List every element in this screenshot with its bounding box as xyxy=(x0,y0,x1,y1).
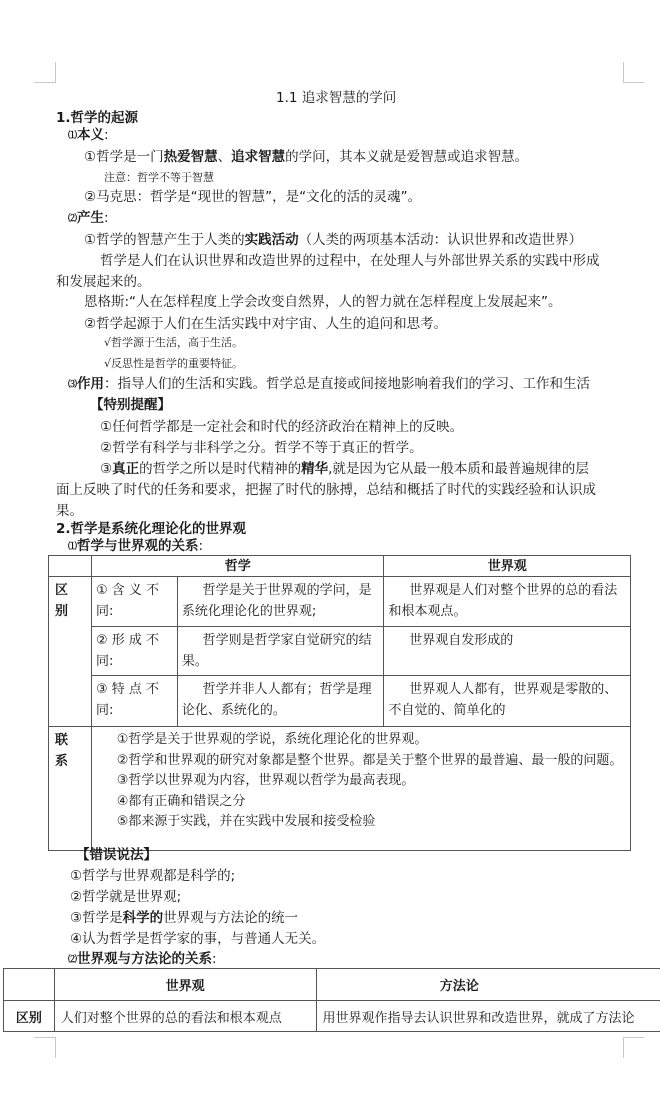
section-heading-origin: 1.哲学的起源 xyxy=(56,106,138,126)
reminder-item-3-line2: 面上反映了时代的任务和要求，把握了时代的脉搏，总结和概括了时代的实践经验和认识成 xyxy=(56,481,596,499)
subheading-label: 本义 xyxy=(77,127,104,143)
note: 注意：哲学不等于智慧 xyxy=(104,170,214,185)
aspect-text: ② 形 成 不 xyxy=(96,630,173,651)
origin-item-1: ①哲学的智慧产生于人类的实践活动（人类的两项基本活动：认识世界和改造世界） xyxy=(84,231,582,249)
check-item-2: √反思性是哲学的重要特征。 xyxy=(104,356,243,371)
table-header-worldview: 世界观 xyxy=(54,969,316,1001)
aspect-text: 同: xyxy=(96,700,173,721)
item-number: ⑵ xyxy=(68,955,77,965)
cell-text: 哲学则是哲学家自觉研究的结果。 xyxy=(178,627,384,675)
text: 的哲学之所以是时代精神的 xyxy=(139,461,301,477)
aspect-text: 同: xyxy=(96,601,173,622)
aspect-text: ③ 特 点 不 xyxy=(96,679,173,700)
row-label-connection: 联系 xyxy=(49,727,92,851)
crop-mark-top-left xyxy=(34,82,56,83)
reminder-item-3: ③真正的哲学之所以是时代精神的精华,就是因为它从最一般本质和最普遍规律的层 xyxy=(100,460,589,478)
meaning-item-2: ②马克思：哲学是“现世的智慧”，是“文化的活的灵魂”。 xyxy=(84,188,421,206)
connection-item: ①哲学是关于世界观的学说，系统化理论化的世界观。 xyxy=(96,730,626,751)
table-header-empty xyxy=(49,556,92,577)
subheading-meaning: ⑴本义: xyxy=(68,126,109,145)
colon: : xyxy=(212,951,217,967)
text: ①哲学的智慧产生于人类的 xyxy=(84,232,245,248)
subheading-relation: ⑴哲学与世界观的关系: xyxy=(68,537,203,556)
bold-term: 真正 xyxy=(112,461,139,477)
cell-text: 世界观是人们对整个世界的总的看法和根本观点。 xyxy=(384,577,630,625)
mistake-item-4: ④认为哲学是哲学家的事，与普通人无关。 xyxy=(70,930,325,948)
text: ：指导人们的生活和实践。哲学总是直接或间接地影响着我们的学习、工作和生活 xyxy=(104,376,590,392)
bold-term: 追求智慧 xyxy=(231,149,285,165)
crop-mark-top-right xyxy=(623,82,644,83)
aspect-text: 同: xyxy=(96,651,173,672)
worldview-cell: 世界观人人都有，世界观是零散的、不自觉的、简单化的 xyxy=(384,676,631,727)
origin-item-2: ②哲学起源于人们在生活实践中对宇宙、人生的追问和思考。 xyxy=(84,315,447,333)
colon: : xyxy=(104,127,109,143)
text: ③哲学是 xyxy=(70,910,123,926)
item-number: ⑵ xyxy=(68,214,77,224)
subheading-function: ⑶作用 xyxy=(68,376,104,392)
text: 世界观与方法论的统一 xyxy=(163,910,298,926)
subheading-label: 世界观与方法论的关系 xyxy=(77,951,212,967)
crop-mark-bottom-left xyxy=(55,1037,56,1058)
row-label-text: 联系 xyxy=(55,730,69,772)
table-header-methodology: 方法论 xyxy=(316,969,660,1001)
mistake-item-1: ①哲学与世界观都是科学的; xyxy=(70,867,235,885)
aspect-text: ① 含 义 不 xyxy=(96,580,173,601)
origin-paragraph-line2: 和发展起来的。 xyxy=(56,273,151,291)
worldview-methodology-table: 世界观 方法论 区别 人们对整个世界的总的看法和根本观点 用世界观作指导去认识世… xyxy=(3,968,660,1032)
subheading-label: 作用 xyxy=(77,376,104,392)
cell-text: 世界观人人都有，世界观是零散的、不自觉的、简单化的 xyxy=(384,676,630,724)
bold-term: 热爱智慧 xyxy=(164,149,218,165)
philosophy-cell: 哲学并非人人都有；哲学是理论化、系统化的。 xyxy=(177,676,384,727)
worldview-cell: 人们对整个世界的总的看法和根本观点 xyxy=(54,1001,316,1032)
subheading-method-relation: ⑵世界观与方法论的关系: xyxy=(68,950,217,969)
table-header-worldview: 世界观 xyxy=(384,556,631,577)
check-item-1: √哲学源于生活，高于生活。 xyxy=(104,335,243,350)
table-header-empty xyxy=(4,969,55,1001)
section-heading-worldview: 2.哲学是系统化理论化的世界观 xyxy=(56,517,246,537)
bold-term: 精华 xyxy=(301,461,328,477)
origin-paragraph-line1: 哲学是人们在认识世界和改造世界的过程中，在处理人与外部世界关系的实践中形成 xyxy=(100,252,600,270)
text: ③ xyxy=(100,461,112,477)
crop-mark-bottom-right xyxy=(623,1037,644,1038)
cell-text: 哲学并非人人都有；哲学是理论化、系统化的。 xyxy=(178,676,384,724)
mistake-item-2: ②哲学就是世界观; xyxy=(70,888,181,906)
engels-quote: 恩格斯:“人在怎样程度上学会改变自然界，人的智力就在怎样程度上发展起来”。 xyxy=(84,293,562,311)
page-title: 1.1 追求智慧的学问 xyxy=(276,86,396,106)
connection-cell: ①哲学是关于世界观的学说，系统化理论化的世界观。 ②哲学和世界观的研究对象都是整… xyxy=(91,727,630,851)
subheading-origin: ⑵产生: xyxy=(68,209,109,228)
item-number: ⑶ xyxy=(68,380,77,390)
function-line: ⑶作用：指导人们的生活和实践。哲学总是直接或间接地影响着我们的学习、工作和生活 xyxy=(68,375,590,394)
worldview-cell: 世界观自发形成的 xyxy=(384,627,631,676)
row-label-difference: 区别 xyxy=(4,1001,55,1032)
cell-text: 世界观自发形成的 xyxy=(384,627,630,654)
text: （人类的两项基本活动：认识世界和改造世界） xyxy=(299,232,583,248)
bold-term: 科学的 xyxy=(123,910,164,926)
bold-term: 实践活动 xyxy=(245,232,299,248)
crop-mark-bottom-left xyxy=(34,1037,56,1038)
meaning-item-1: ①哲学是一门热爱智慧、追求智慧的学问，其本义就是爱智慧或追求智慧。 xyxy=(84,148,528,166)
connection-item: ④都有正确和错误之分 xyxy=(96,792,626,813)
subheading-label: 哲学与世界观的关系 xyxy=(77,538,199,554)
colon: : xyxy=(104,210,109,226)
connection-item: ③哲学以世界观为内容，世界观以哲学为最高表现。 xyxy=(96,771,626,792)
philosophy-worldview-table: 哲学 世界观 区别 ① 含 义 不同: 哲学是关于世界观的学问，是系统化理论化的… xyxy=(48,555,631,851)
reminder-heading: 【特别提醒】 xyxy=(90,396,171,414)
philosophy-cell: 哲学是关于世界观的学问，是系统化理论化的世界观; xyxy=(177,577,384,627)
connection-item: ⑤都来源于实践，并在实践中发展和接受检验 xyxy=(96,812,626,833)
colon: : xyxy=(199,538,204,554)
crop-mark-bottom-right xyxy=(623,1037,624,1058)
aspect-cell: ② 形 成 不同: xyxy=(91,627,177,676)
item-number: ⑴ xyxy=(68,542,77,552)
aspect-cell: ③ 特 点 不同: xyxy=(91,676,177,727)
row-label-difference: 区别 xyxy=(49,577,92,727)
crop-mark-top-left xyxy=(55,62,56,83)
text: 、 xyxy=(218,149,232,165)
reminder-item-1: ①任何哲学都是一定社会和时代的经济政治在精神上的反映。 xyxy=(100,418,463,436)
cell-text: 哲学是关于世界观的学问，是系统化理论化的世界观; xyxy=(178,577,384,625)
worldview-cell: 世界观是人们对整个世界的总的看法和根本观点。 xyxy=(384,577,631,627)
text: 的学问，其本义就是爱智慧或追求智慧。 xyxy=(285,149,528,165)
text: ,就是因为它从最一般本质和最普遍规律的层 xyxy=(328,461,589,477)
table-header-philosophy: 哲学 xyxy=(91,556,383,577)
item-number: ⑴ xyxy=(68,131,77,141)
subheading-label: 产生 xyxy=(77,210,104,226)
methodology-cell: 用世界观作指导去认识世界和改造世界，就成了方法论 xyxy=(316,1001,660,1032)
aspect-cell: ① 含 义 不同: xyxy=(91,577,177,627)
row-label-text: 区别 xyxy=(55,580,69,622)
mistake-item-3: ③哲学是科学的世界观与方法论的统一 xyxy=(70,909,298,927)
philosophy-cell: 哲学则是哲学家自觉研究的结果。 xyxy=(177,627,384,676)
reminder-item-2: ②哲学有科学与非科学之分。哲学不等于真正的哲学。 xyxy=(100,439,423,457)
connection-item: ②哲学和世界观的研究对象都是整个世界。都是关于整个世界的最普遍、最一般的问题。 xyxy=(96,751,626,772)
text: ①哲学是一门 xyxy=(84,149,164,165)
crop-mark-top-right xyxy=(623,62,624,83)
mistakes-heading: 【错误说法】 xyxy=(76,846,157,864)
